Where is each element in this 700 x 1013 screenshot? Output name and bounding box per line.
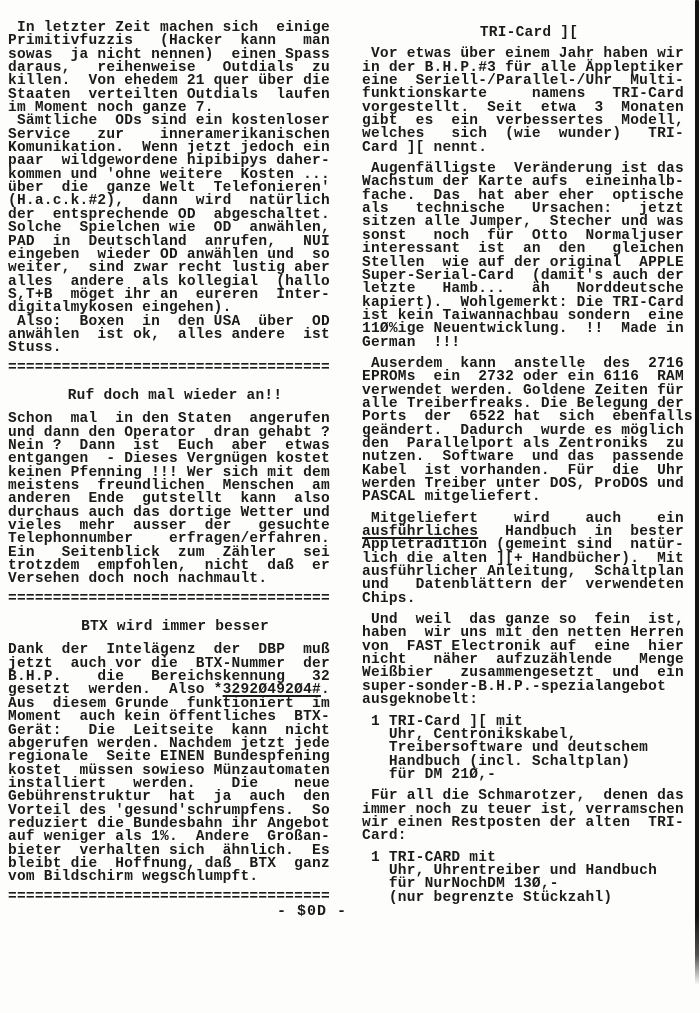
scan-edge-artifact [695, 0, 699, 985]
text-line: PASCAL mitgeliefert. [362, 491, 696, 504]
paragraph: Auserdem kann anstelle des 2716EPROMs ei… [362, 358, 696, 505]
separator-rule: ==================================== [8, 362, 342, 375]
text-line: Card: [362, 830, 696, 843]
paragraph: Und weil das ganze so fein ist,haben wir… [362, 614, 696, 707]
text-line: für DM 21Ø,- [362, 769, 696, 782]
text-line: vom Bildschirm wegschlumpft. [8, 871, 342, 884]
paragraph: Mitgeliefert wird auch einausführliches … [362, 513, 696, 606]
separator-rule: ==================================== [8, 593, 342, 606]
text-line: wir einen Restposten der alten TRI- [362, 817, 696, 830]
right-text-column: TRI-Card ][ Vor etwas über einem Jahr ha… [362, 20, 696, 905]
left-text-column: In letzter Zeit machen sich einigePrimit… [8, 20, 342, 904]
text-line: German !!! [362, 337, 696, 350]
paragraph: In letzter Zeit machen sich einigePrimit… [8, 22, 342, 356]
scanned-newsletter-page: In letzter Zeit machen sich einigePrimit… [0, 0, 700, 1013]
separator-rule: ==================================== [8, 891, 342, 904]
text-line: Chips. [362, 593, 696, 606]
text-line: Versehen doch noch nachmault. [8, 573, 342, 586]
text-line: Stuss. [8, 342, 342, 355]
text-line: ausgeknobelt: [362, 694, 696, 707]
paragraph: Augenfälligste Veränderung ist dasWachst… [362, 163, 696, 350]
paragraph: Dank der Intelägenz der DBP mußjetzt auc… [8, 644, 342, 884]
article-heading: Ruf doch mal wieder an!! [8, 390, 342, 403]
offer-list: 1 TRI-CARD mit Uhr, Uhrentreiber und Han… [362, 852, 696, 905]
paragraph: Vor etwas über einem Jahr haben wirin de… [362, 48, 696, 155]
paragraph: Schon mal in den Staten angerufenund dan… [8, 413, 342, 586]
article-heading: TRI-Card ][ [362, 27, 696, 40]
offer-list: 1 TRI-Card ][ mit Uhr, Centronikskabel, … [362, 716, 696, 783]
paragraph: Für all die Schmarotzer, denen dasimmer … [362, 790, 696, 843]
text-line: Card ][ nennt. [362, 142, 696, 155]
page-number: - $0D - [0, 903, 624, 920]
article-heading: BTX wird immer besser [8, 621, 342, 634]
